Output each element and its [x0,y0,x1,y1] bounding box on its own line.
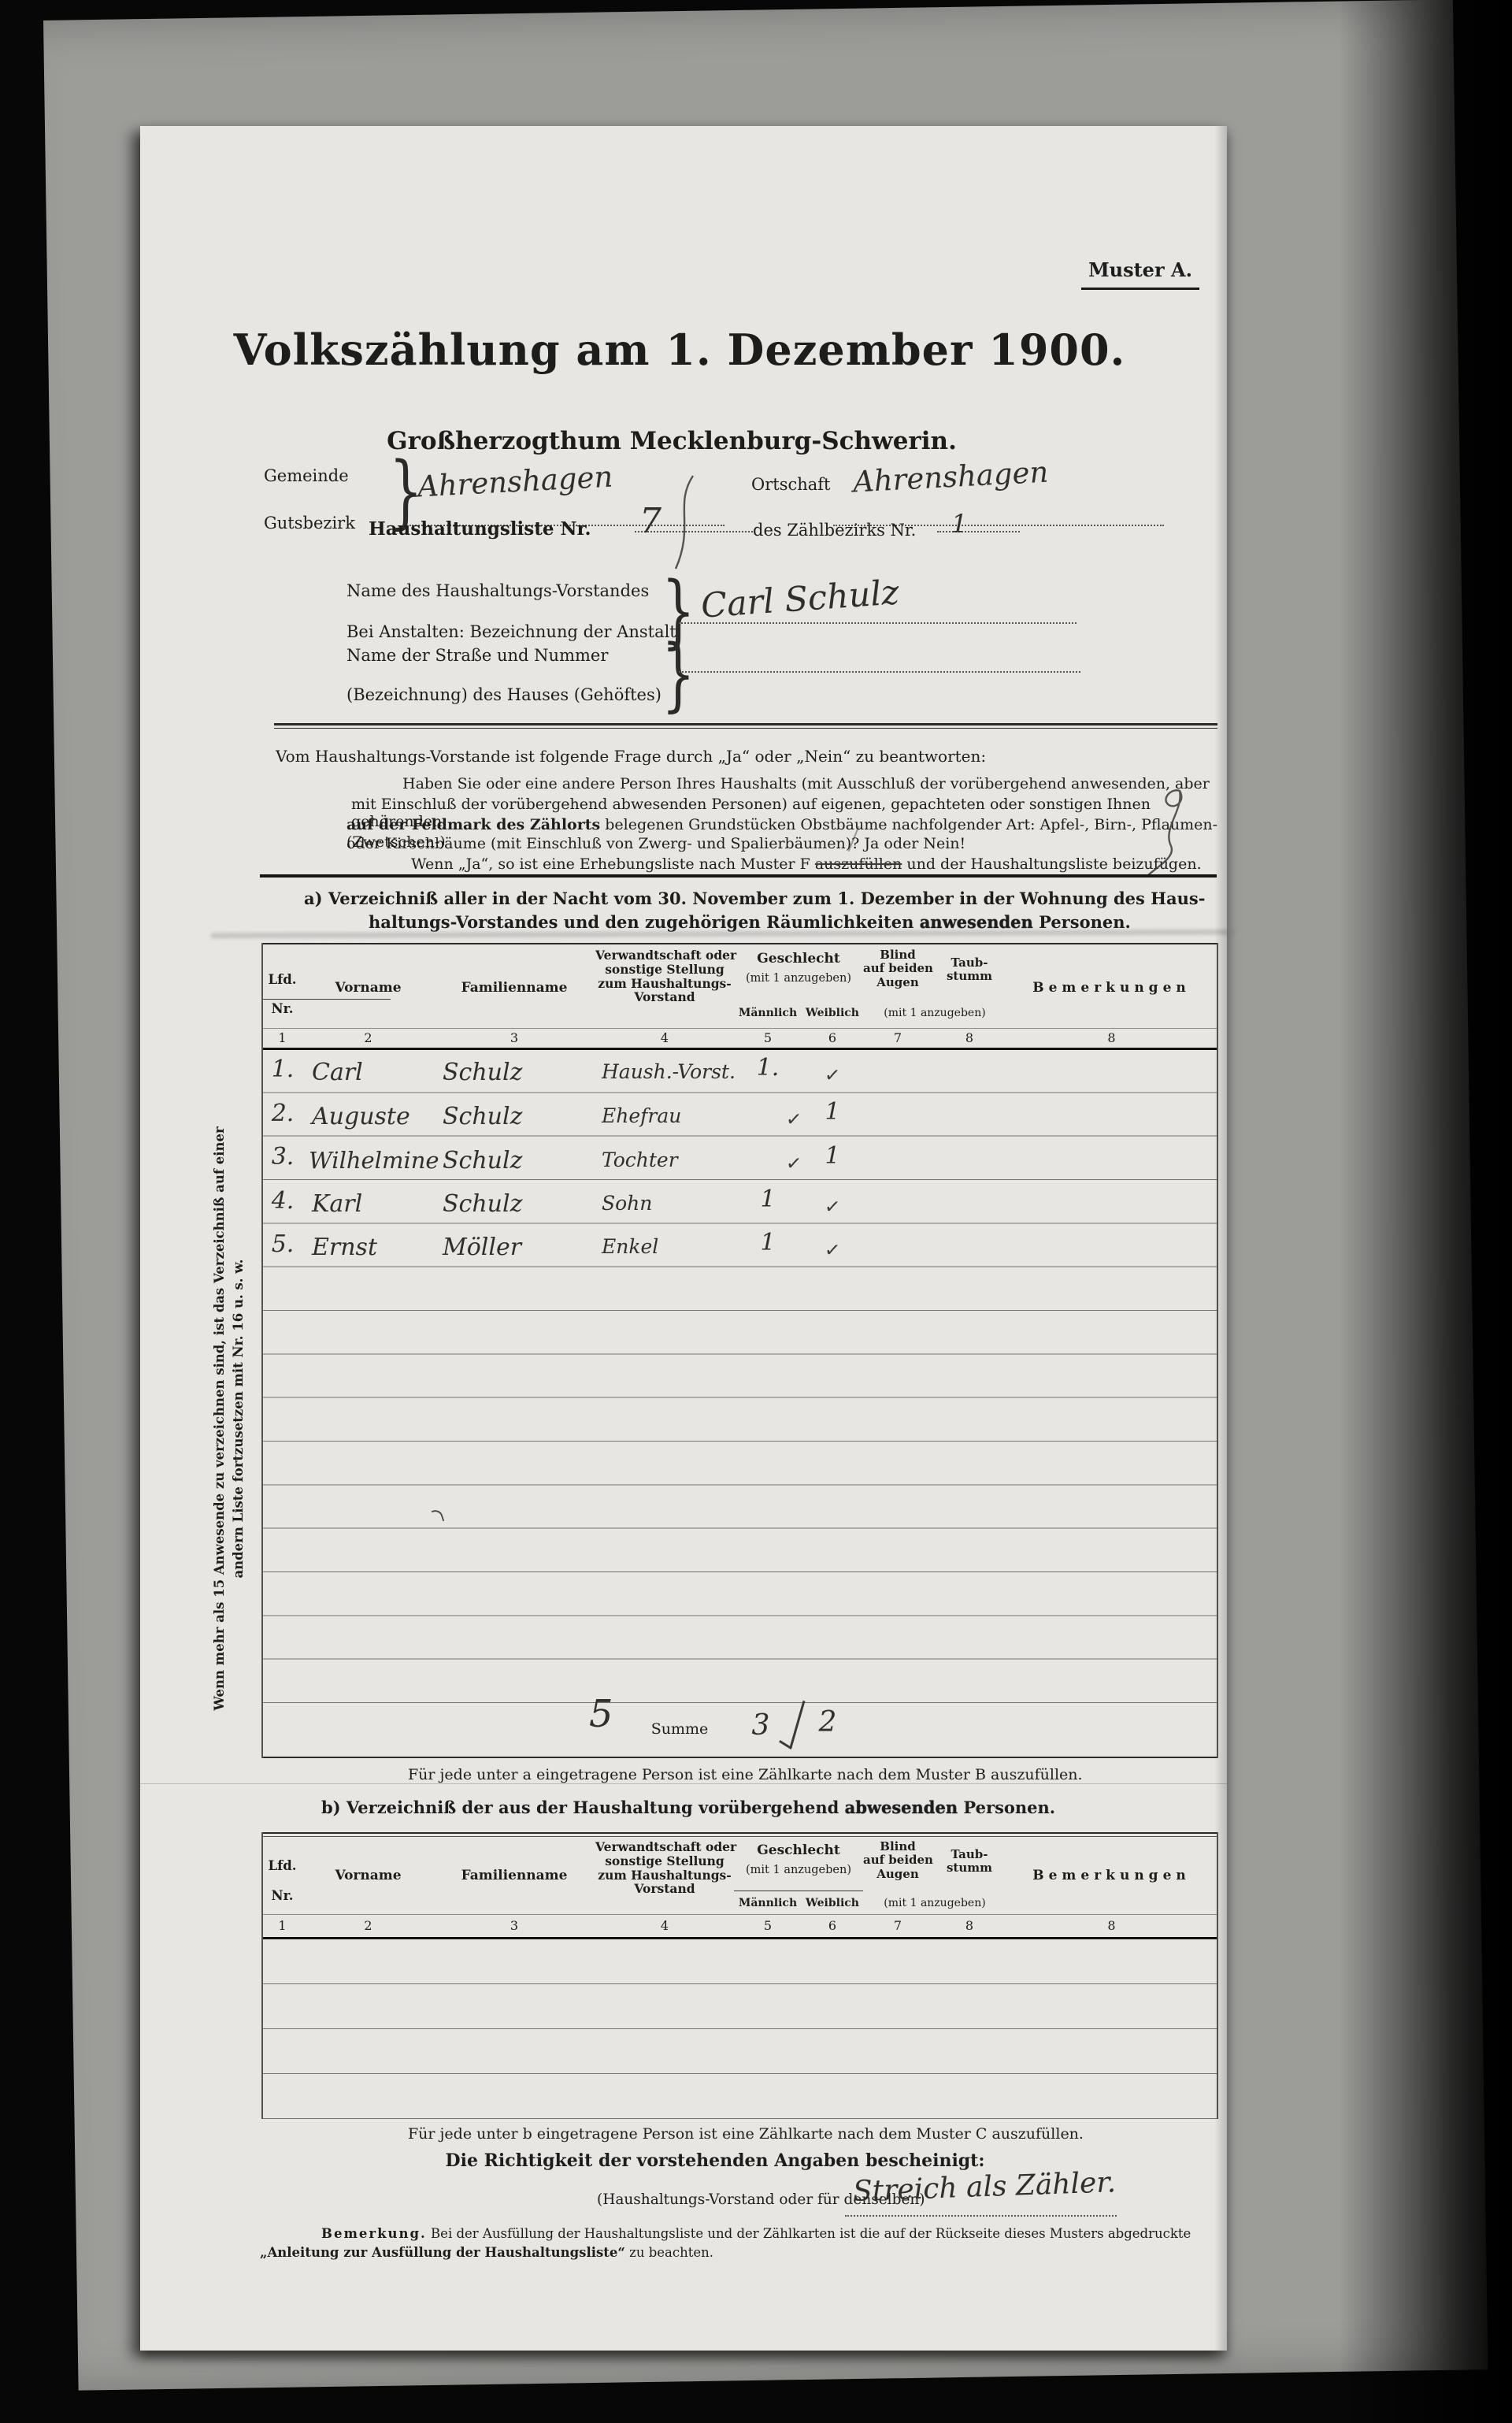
row-vorname: Karl [312,1190,362,1218]
table-b-vline-right [1217,1832,1218,2119]
table-a-top-border [261,943,1217,944]
section-b-heading-bold: abwesenden [845,1798,958,1817]
row-maennlich: ✓ [734,1145,802,1167]
faint-divider [140,1783,1227,1784]
zaehlbezirk-label: des Zählbezirks Nr. [753,521,916,540]
col-number-8b3: 8 [1006,1918,1217,1933]
row-weiblich: ✓ [802,1057,863,1079]
section-a-heading-line2-post: Personen. [1033,912,1131,932]
note-line2: „Anleitung zur Ausfüllung der Haushaltun… [260,2245,713,2260]
col-geschlecht-label-b: Geschlecht [734,1843,863,1859]
row-nr: 3. [265,1143,301,1171]
summe-maennlich: 3 [739,1709,783,1742]
section-b-heading-post: Personen. [958,1798,1055,1817]
row-stellung: Enkel [602,1235,658,1258]
col-number-5b: 5 [734,1918,802,1933]
col-blind-taub-sub-b: (mit 1 anzugeben) [869,1897,1001,1909]
col-blind-taub-sub: (mit 1 anzugeben) [869,1007,1001,1019]
col-lfd-label2: Nr. [261,1002,303,1017]
question-line5-struck: auszufüllen [815,855,902,873]
vorstand-value-handwritten: Carl Schulz [700,573,901,625]
stellung-line4: Vorstand [595,990,734,1004]
row-weiblich: ✓ [802,1189,863,1211]
question-intro: Vom Haushaltungs-Vorstande ist folgende … [276,747,986,766]
check-mark: ✓ [824,1195,842,1219]
row-familienname: Schulz [443,1190,522,1218]
col-geschlecht-label: Geschlecht [734,952,863,967]
col-number-7b: 7 [863,1918,932,1933]
census-form-sheet: Muster A. Volkszählung am 1. Dezember 19… [140,126,1227,2351]
taub-line2-b: stumm [932,1861,1006,1875]
col-blind-label: Blind auf beiden Augen [863,948,932,989]
ortschaft-value-handwritten: Ahrenshagen [852,455,1049,499]
col-taub-label: Taub- stumm [932,956,1006,984]
table-b-top-border2 [261,1836,1217,1837]
stellung-line2-b: sonstige Stellung [595,1854,734,1868]
question-line5-pre: Wenn „Ja“, so ist eine Erhebungsliste na… [411,855,815,873]
margin-note: Wenn mehr als 15 Anwesende zu verzeichne… [210,1096,246,1742]
blind-line3-b: Augen [863,1868,932,1881]
stellung-line4-b: Vorstand [595,1882,734,1896]
muster-a-label: Muster A. [1081,258,1199,290]
col-number-1b: 1 [261,1918,303,1933]
row-familienname: Möller [443,1234,521,1261]
question-line5: Wenn „Ja“, so ist eine Erhebungsliste na… [411,855,1202,873]
gemeinde-label: Gemeinde [264,466,349,485]
col-weiblich-label-b: Weiblich [802,1897,863,1909]
double-rule-bottom [274,728,1217,729]
row-maennlich: ✓ [734,1101,802,1123]
table-a-vline-right [1217,943,1218,1758]
section-a-heading-line2-pre: haltungs-Vorstandes und den zugehörigen … [369,912,920,932]
question-line4: oder Kirschbäume (mit Einschluß von Zwer… [346,835,965,852]
section-b-heading-pre: b) Verzeichniß der aus der Haushaltung v… [321,1798,845,1817]
col-stellung-label: Verwandtschaft oder sonstige Stellung zu… [595,948,734,1004]
gemeinde-value-handwritten: Ahrenshagen [417,460,613,504]
table-b-top-border [261,1832,1217,1834]
check-mark: ✓ [784,1152,802,1175]
col-geschlecht-sub-b: (mit 1 anzugeben) [734,1864,863,1877]
row-stellung: Sohn [602,1192,652,1215]
col-number-5: 5 [734,1030,802,1045]
table-b-vline-left [261,1832,263,2119]
col-number-1: 1 [261,1030,303,1045]
anstalt-label: Bei Anstalten: Bezeichnung der Anstalt [346,622,676,641]
right-vignette [1339,0,1512,2423]
col-number-6b: 6 [802,1918,863,1933]
note-line2-bold: „Anleitung zur Ausfüllung der Haushaltun… [260,2245,625,2260]
col-lfd-label2-b: Nr. [261,1889,303,1904]
table-a-number-row-line [261,1028,1217,1029]
row-vorname: Ernst [312,1234,377,1261]
col-number-3: 3 [433,1030,595,1045]
section-a-heading-line1: a) Verzeichniß aller in der Nacht vom 30… [304,889,1205,908]
page-title: Volkszählung am 1. Dezember 1900. [140,325,1219,375]
taub-line1: Taub- [932,956,1006,970]
footnote-a: Für jede unter a eingetragene Person ist… [408,1766,1083,1783]
row-weiblich: 1 [802,1142,863,1170]
col-number-2: 2 [303,1030,433,1045]
row-stellung: Haush.-Vorst. [602,1060,736,1083]
check-mark: ✓ [824,1063,842,1087]
row-familienname: Schulz [443,1147,522,1174]
blind-line3: Augen [863,976,932,989]
table-a-bottom-border [261,1757,1217,1758]
section-b-heading: b) Verzeichniß der aus der Haushaltung v… [321,1798,1055,1817]
row-vorname: Auguste [312,1103,410,1130]
col-stellung-label-b: Verwandtschaft oder sonstige Stellung zu… [595,1840,734,1896]
gutsbezirk-label: Gutsbezirk [264,514,355,532]
col-number-7: 7 [863,1030,932,1045]
blind-line1: Blind [863,948,932,962]
pen-flourish-liste [660,471,701,573]
col-maennlich-label: Männlich [734,1007,802,1019]
zaehlbezirk-nr-handwritten: 1 [951,509,967,539]
note-bold: Bemerkung. [321,2226,427,2241]
stellung-line3-b: zum Haushaltungs- [595,1868,734,1883]
scan-smudge [211,929,1235,939]
row-maennlich: 1 [734,1186,802,1213]
col-number-4: 4 [595,1030,734,1045]
row-nr: 5. [265,1230,301,1258]
row-vorname: Carl [312,1059,363,1086]
stellung-line1-b: Verwandtschaft oder [595,1840,734,1854]
stellung-line3: zum Haushaltungs- [595,977,734,991]
certify-line: Die Richtigkeit der vorstehenden Angaben… [439,2150,991,2171]
row-weiblich: 1 [802,1098,863,1126]
summe-weiblich: 2 [806,1706,850,1738]
table-b-geschlecht-subline [734,1891,863,1891]
row-stellung: Ehefrau [602,1104,681,1127]
col-number-8b2: 8 [932,1918,1006,1933]
signature-dotted-line [845,2215,1117,2217]
col-number-3b: 3 [433,1918,595,1933]
pen-flourish-answer [1139,785,1194,879]
row-nr: 1. [265,1056,301,1083]
footnote-b: Für jede unter b eingetragene Person ist… [408,2125,1084,2143]
haushaltungsliste-label: Haushaltungsliste Nr. [369,518,591,540]
taub-line1-b: Taub- [932,1848,1006,1861]
col-familienname-label-b: Familienname [433,1868,595,1884]
double-rule-top [274,723,1217,725]
row-nr: 4. [265,1187,301,1215]
note-line2-rest: zu beachten. [625,2245,713,2260]
blind-line2-b: auf beiden [863,1853,932,1867]
section-a-heading-line2: haltungs-Vorstandes und den zugehörigen … [369,912,1131,932]
row-weiblich: ✓ [802,1232,863,1254]
stellung-line2: sonstige Stellung [595,963,734,977]
row-familienname: Schulz [443,1103,522,1130]
col-bemerkungen-label: Bemerkungen [1006,981,1217,996]
liste-nr-handwritten: 7 [639,501,661,541]
col-taub-label-b: Taub- stumm [932,1848,1006,1876]
summe-check-stroke [790,1701,806,1748]
col-familienname-label: Familienname [433,981,595,996]
col-lfd-label: Lfd. [261,973,303,988]
vorstand-name-label: Name des Haushaltungs-Vorstandes [346,581,649,600]
page-subtitle: Großherzogthum Mecklenburg-Schwerin. [140,427,1203,455]
check-mark: ✓ [784,1108,802,1131]
scan-canvas: { "corner_label": "Muster A.", "title": … [0,0,1512,2423]
col-number-4b: 4 [595,1918,734,1933]
note-line1: Bemerkung. Bei der Ausfüllung der Hausha… [321,2226,1191,2241]
col-number-8: 8 [932,1030,1006,1045]
row-maennlich: 1 [734,1229,802,1256]
col-vorname-label-b: Vorname [303,1868,433,1884]
summe-total-handwritten: 5 [589,1692,613,1736]
ortschaft-label: Ortschaft [751,475,831,494]
table-a-geschlecht-subline [261,999,391,1000]
strasse-label: Name der Straße und Nummer [346,646,608,665]
col-vorname-label: Vorname [303,981,433,996]
row-stellung: Tochter [602,1148,678,1171]
margin-note-line2: andern Liste fortzusetzen mit Nr. 16 u. … [229,1096,248,1742]
blind-line2: auf beiden [863,962,932,975]
col-number-8b: 8 [1006,1030,1217,1045]
col-number-6: 6 [802,1030,863,1045]
zaehlbezirk-dotted-line [937,531,1020,532]
col-number-2b: 2 [303,1918,433,1933]
col-bemerkungen-label-b: Bemerkungen [1006,1868,1217,1884]
signature-handwritten: Streich als Zähler. [852,2166,1116,2208]
strasse-dotted-line [679,671,1080,673]
check-mark: ✓ [824,1238,842,1262]
table-a-vline-left [261,943,263,1758]
summe-label: Summe [628,1720,731,1738]
blind-line1-b: Blind [863,1840,932,1853]
row-nr: 2. [265,1100,301,1127]
row-vorname: Wilhelmine [309,1147,439,1174]
haus-label: (Bezeichnung) des Hauses (Gehöftes) [346,685,661,704]
col-lfd-label-b: Lfd. [261,1859,303,1874]
col-weiblich-label: Weiblich [802,1007,863,1019]
section-a-heading-line2-bold: anwesenden [920,912,1033,932]
section-a-rule [260,874,1217,878]
stellung-line1: Verwandtschaft oder [595,948,734,963]
col-maennlich-label-b: Männlich [734,1897,802,1909]
question-line1: Haben Sie oder eine andere Person Ihres … [402,775,1210,792]
col-geschlecht-sub: (mit 1 anzugeben) [734,972,863,985]
question-line3-bold: auf der Feldmark des Zählorts [346,816,600,833]
brace-strasse: } [661,635,695,714]
table-b-number-row-line [261,1914,1217,1915]
margin-note-line1: Wenn mehr als 15 Anwesende zu verzeichne… [210,1096,229,1742]
table-b-row-lines [261,1939,1217,2119]
note-rest: Bei der Ausfüllung der Haushaltungsliste… [427,2226,1191,2241]
row-maennlich: 1. [734,1054,802,1082]
col-blind-label-b: Blind auf beiden Augen [863,1840,932,1881]
taub-line2: stumm [932,970,1006,983]
row-familienname: Schulz [443,1059,522,1086]
